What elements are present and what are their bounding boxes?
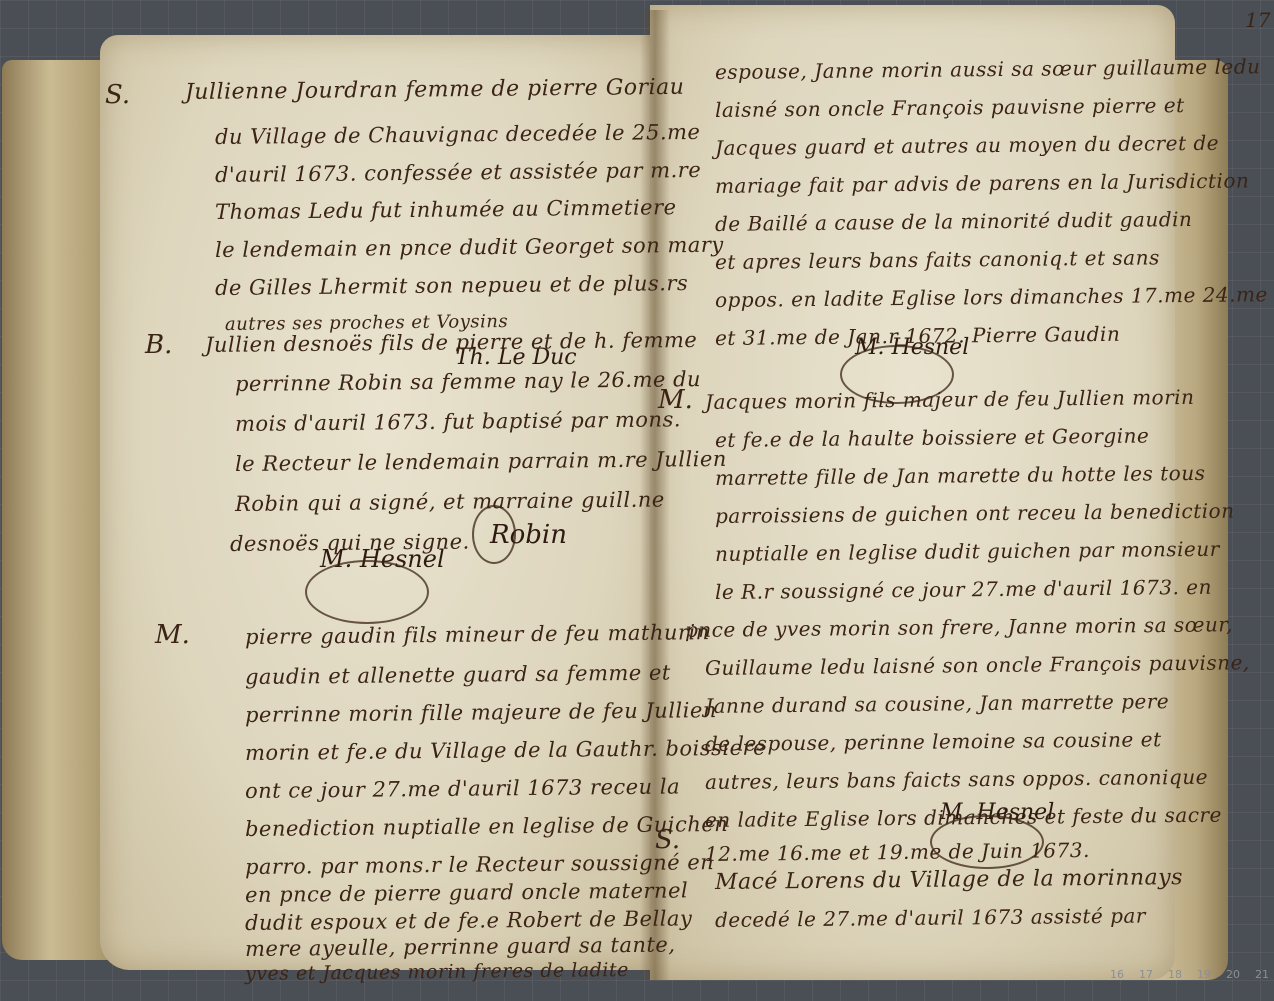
margin-label-marriage: M. — [658, 385, 693, 415]
signature-flourish — [305, 560, 429, 624]
text-line: de Baillé a cause de la minorité dudit g… — [715, 207, 1193, 236]
text-line: perrinne Robin sa femme nay le 26.me du — [235, 367, 701, 396]
text-line: marrette fille de Jan marette du hotte l… — [715, 461, 1206, 490]
text-line: dudit espoux et de fe.e Robert de Bellay — [245, 906, 693, 935]
ruler-tick: 16 — [1110, 968, 1124, 981]
ruler-tick: 19 — [1197, 968, 1211, 981]
ruler-tick: 18 — [1168, 968, 1182, 981]
text-line: gaudin et allenette guard sa femme et — [245, 661, 671, 689]
text-line: ont ce jour 27.me d'auril 1673 receu la — [245, 774, 680, 803]
text-line: de lespouse, perinne lemoine sa cousine … — [705, 727, 1162, 756]
text-line: parro. par mons.r le Recteur soussigné e… — [245, 850, 714, 879]
margin-label-sepulture: S. — [655, 825, 680, 855]
text-line: du Village de Chauvignac decedée le 25.m… — [215, 120, 701, 149]
text-line: perrinne morin fille majeure de feu Jull… — [245, 698, 717, 727]
ruler-tick: 21 — [1255, 968, 1269, 981]
text-line: Jullienne Jourdran femme de pierre Goria… — [185, 75, 685, 105]
page-number: 17 — [1245, 8, 1270, 32]
text-line: Thomas Ledu fut inhumée au Cimmetiere — [215, 195, 677, 224]
margin-label-marriage: M. — [155, 620, 190, 650]
margin-label-sepulture: S. — [105, 80, 130, 110]
margin-label-baptism: B. — [145, 330, 172, 360]
measurement-ruler: 16 17 18 19 20 21 — [1110, 968, 1269, 981]
text-line: mois d'auril 1673. fut baptisé par mons. — [235, 407, 681, 436]
text-line: de Gilles Lhermit son nepueu et de plus.… — [215, 271, 688, 300]
text-line: en pnce de pierre guard oncle maternel — [245, 878, 688, 907]
ruler-tick: 20 — [1226, 968, 1240, 981]
text-line: Jacques morin fils majeur de feu Jullien… — [705, 385, 1195, 414]
bleed-through-text — [140, 160, 146, 184]
text-line: Macé Lorens du Village de la morinnays — [715, 865, 1183, 895]
text-line: decedé le 27.me d'auril 1673 assisté par — [715, 903, 1146, 932]
signature-flourish — [930, 815, 1044, 869]
ruler-tick: 17 — [1139, 968, 1153, 981]
text-line: laisné son oncle François pauvisne pierr… — [715, 93, 1185, 122]
text-line: et apres leurs bans faits canoniq.t et s… — [715, 245, 1160, 274]
text-line: mere ayeulle, perrinne guard sa tante, — [245, 932, 676, 961]
text-line: Robin qui a signé, et marraine guill.ne — [235, 488, 665, 516]
text-line: d'auril 1673. confessée et assistée par … — [215, 158, 701, 187]
text-line: yves et Jacques morin freres de ladite — [245, 959, 629, 985]
text-line: Janne durand sa cousine, Jan marrette pe… — [705, 689, 1169, 718]
text-line: et fe.e de la haulte boissiere et Georgi… — [715, 423, 1150, 452]
signature-flourish — [472, 505, 516, 564]
text-line: pierre gaudin fils mineur de feu mathuri… — [245, 620, 710, 649]
